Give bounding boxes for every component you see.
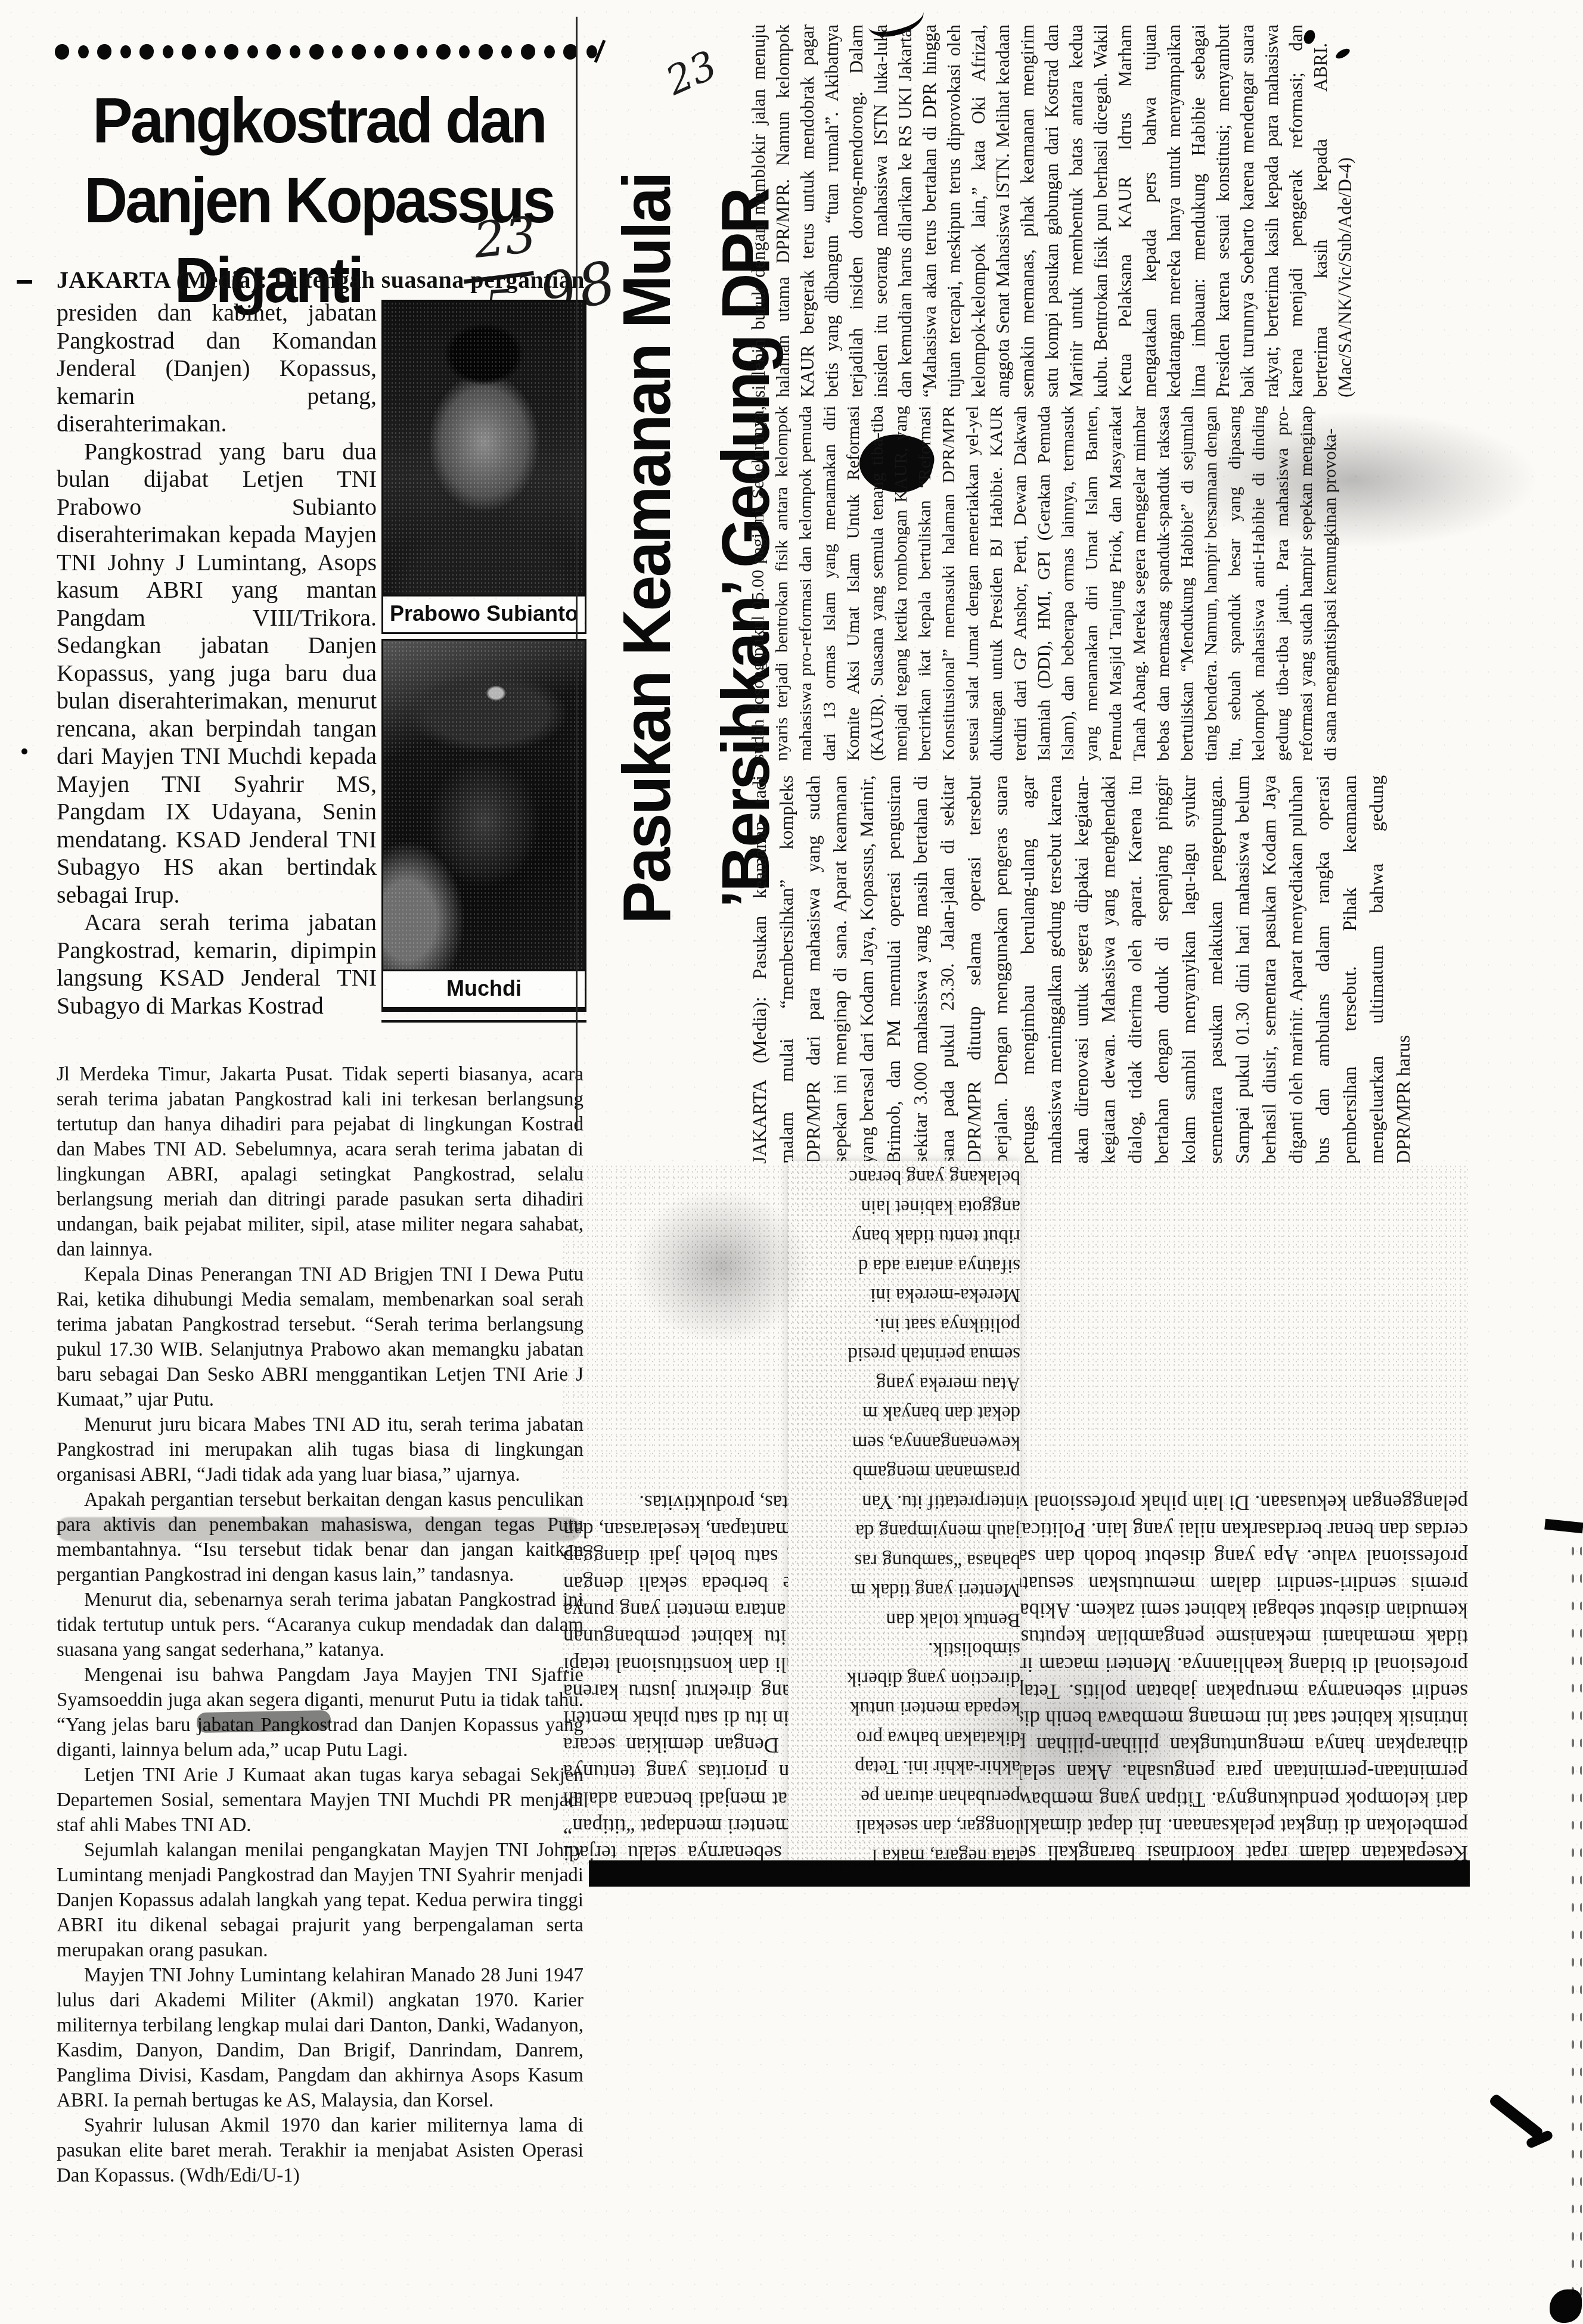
headline-line-1: Pangkostrad dan xyxy=(54,82,584,161)
double-rule xyxy=(381,1008,586,1023)
paragraph: Mayjen TNI Johny Lumintang kelahiran Man… xyxy=(57,1963,583,2113)
scan-smudge xyxy=(632,1189,811,1344)
print-smear xyxy=(57,1517,581,1541)
paragraph: Menurut juru bicara Mabes TNI AD itu, se… xyxy=(57,1412,583,1487)
column-separator-rule xyxy=(576,17,578,1131)
paragraph: Letjen TNI Arie J Kumaat akan tugas kary… xyxy=(57,1763,583,1838)
rotated-column-3: si lebih buruk dengan memblokir jalan me… xyxy=(746,24,1552,397)
paragraph: Menurut dia, sebenarnya serah terima jab… xyxy=(57,1587,583,1663)
scan-edge-noise xyxy=(1569,1537,1582,2312)
rotated-column-1: JAKARTA (Media): Pasukan keamanan tadi m… xyxy=(746,775,1552,1164)
photo-caption-muchdi: Muchdi xyxy=(383,970,585,1007)
photo-prabowo-image xyxy=(383,302,585,595)
scan-smudge xyxy=(1168,411,1538,548)
photo-prabowo: Prabowo Subianto xyxy=(381,300,586,634)
thick-rule xyxy=(589,1860,1470,1887)
pen-check-mark xyxy=(1488,2093,1544,2140)
paragraph: Sejumlah kalangan menilai pengangkatan M… xyxy=(57,1838,583,1963)
rotated-headline-line-1: Pasukan Keamanan Mulai xyxy=(597,76,696,1021)
margin-tick xyxy=(17,280,32,284)
paragraph: Kepala Dinas Penerangan TNI AD Brigjen T… xyxy=(57,1262,583,1412)
margin-dot xyxy=(21,748,27,754)
left-article-wide-column: Jl Merdeka Timur, Jakarta Pusat. Tidak s… xyxy=(57,1062,583,2316)
photo-muchdi-image xyxy=(383,641,585,970)
paragraph: Pangkostrad yang baru dua bulan dijabat … xyxy=(57,438,377,909)
left-article-narrow-column: presiden dan kabinet, jabatan Pangkostra… xyxy=(57,299,377,1053)
rotated-column-3-text: si lebih buruk dengan memblokir jalan me… xyxy=(746,24,1552,397)
lede-first-line: JAKARTA (Media): Di tengah suasana perga… xyxy=(57,266,583,294)
edge-mark xyxy=(1544,1519,1583,1534)
photo-caption-prabowo: Prabowo Subianto xyxy=(383,595,585,632)
paragraph: presiden dan kabinet, jabatan Pangkostra… xyxy=(57,299,377,438)
scan-smudge xyxy=(930,1633,1240,1847)
handwritten-date-day: 23 xyxy=(471,207,539,269)
ink-smear xyxy=(197,1710,331,1733)
paragraph: Jl Merdeka Timur, Jakarta Pusat. Tidak s… xyxy=(57,1062,583,1262)
rotated-article-body: si lebih buruk dengan memblokir jalan me… xyxy=(746,21,1552,1166)
newspaper-scan-page: Pangkostrad dan Danjen Kopassus Diganti … xyxy=(0,0,1583,2324)
dotted-rule-ornament xyxy=(55,44,597,60)
rotated-column-1-text: JAKARTA (Media): Pasukan keamanan tadi m… xyxy=(746,775,1552,1164)
paragraph: Acara serah terima jabatan Pangkostrad, … xyxy=(57,909,377,1020)
paragraph: Syahrir lulusan Akmil 1970 dan karier mi… xyxy=(57,2113,583,2188)
photo-muchdi: Muchdi xyxy=(381,639,586,1009)
